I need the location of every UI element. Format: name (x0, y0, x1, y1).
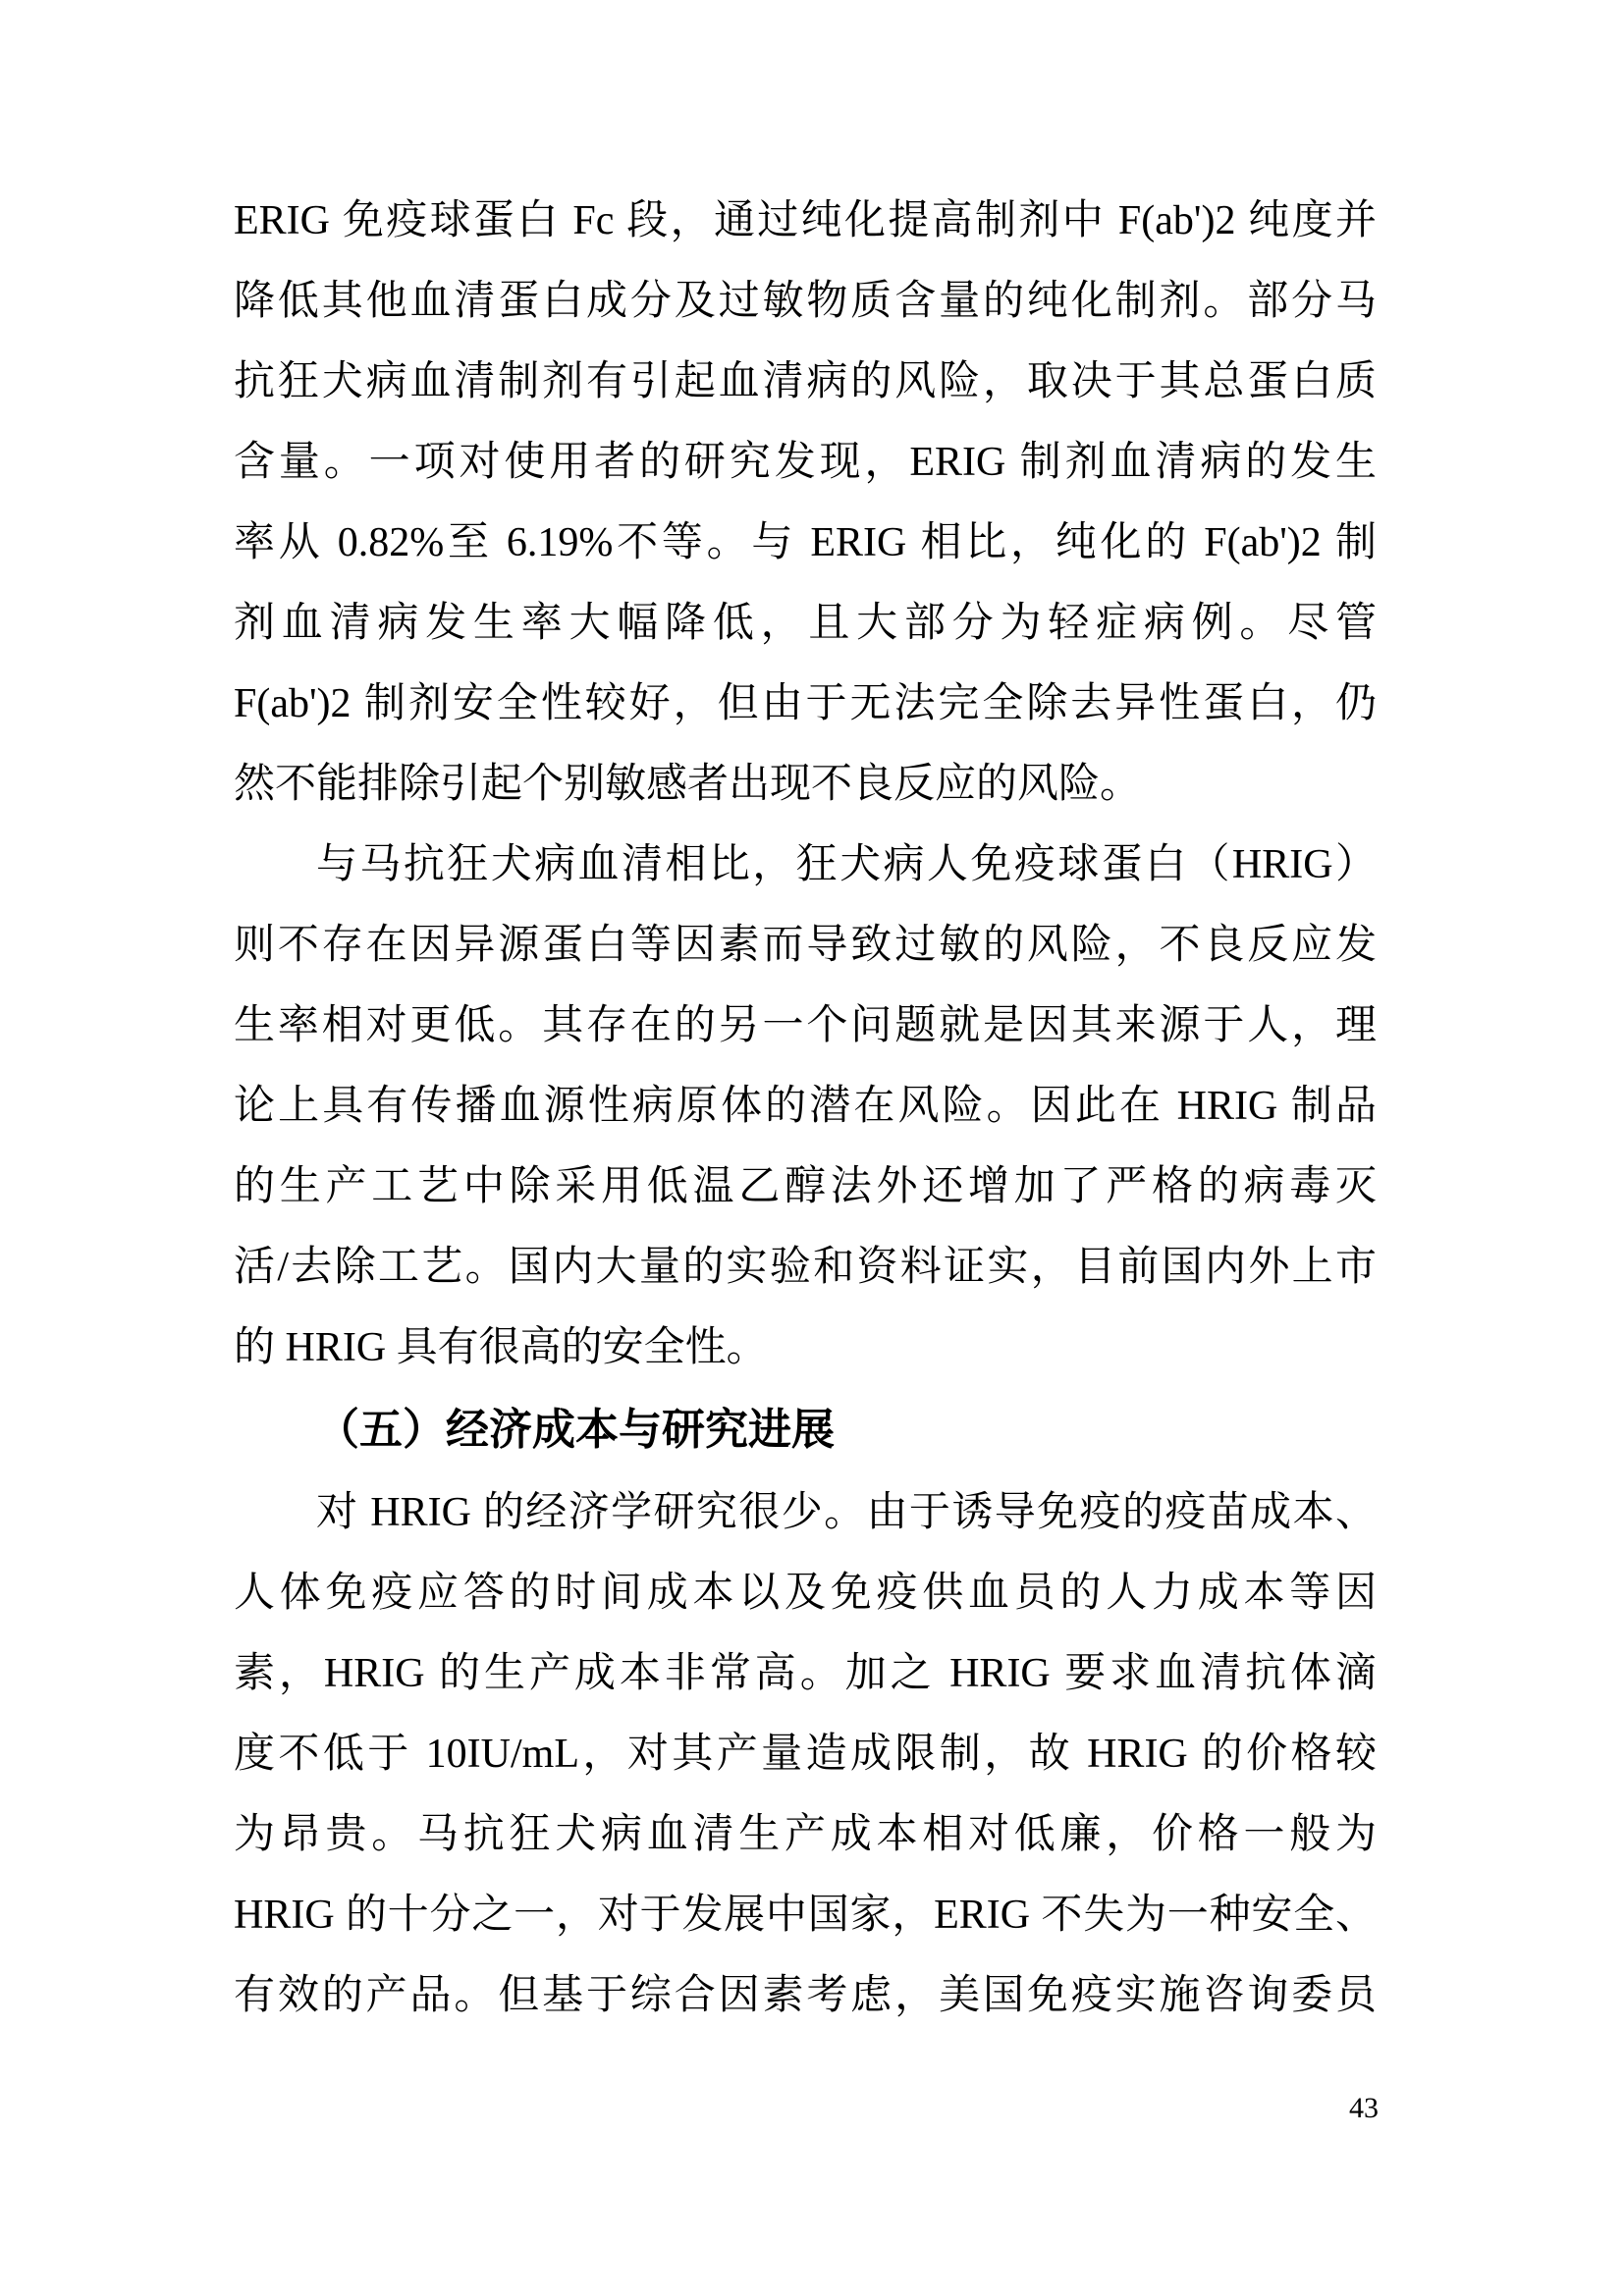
body-text-line: 与马抗狂犬病血清相比，狂犬病人免疫球蛋白（HRIG） (234, 825, 1377, 905)
body-text-line: 的 HRIG 具有很高的安全性。 (234, 1308, 1377, 1388)
body-text-line: 活/去除工艺。国内大量的实验和资料证实，目前国内外上市 (234, 1227, 1377, 1308)
section-heading: （五）经济成本与研究进展 (234, 1388, 1377, 1472)
body-text-line: 降低其他血清蛋白成分及过敏物质含量的纯化制剂。部分马 (234, 261, 1377, 342)
body-text-line: 人体免疫应答的时间成本以及免疫供血员的人力成本等因 (234, 1553, 1377, 1633)
body-text-line: 素，HRIG 的生产成本非常高。加之 HRIG 要求血清抗体滴 (234, 1633, 1377, 1714)
body-text-line: 度不低于 10IU/mL，对其产量造成限制，故 HRIG 的价格较 (234, 1714, 1377, 1794)
body-text-line: 有效的产品。但基于综合因素考虑，美国免疫实施咨询委员 (234, 1955, 1377, 2036)
document-page: ERIG 免疫球蛋白 Fc 段，通过纯化提高制剂中 F(ab')2 纯度并 降低… (0, 0, 1624, 2296)
body-text-line: 率从 0.82%至 6.19%不等。与 ERIG 相比，纯化的 F(ab')2 … (234, 503, 1377, 583)
body-text-line: 则不存在因异源蛋白等因素而导致过敏的风险，不良反应发 (234, 905, 1377, 986)
body-text-line: 然不能排除引起个别敏感者出现不良反应的风险。 (234, 744, 1377, 825)
body-text-line: 抗狂犬病血清制剂有引起血清病的风险，取决于其总蛋白质 (234, 342, 1377, 422)
body-text-line: 含量。一项对使用者的研究发现，ERIG 制剂血清病的发生 (234, 422, 1377, 503)
page-number: 43 (1349, 2089, 1379, 2128)
body-text-line: 论上具有传播血源性病原体的潜在风险。因此在 HRIG 制品 (234, 1066, 1377, 1147)
body-text-line: ERIG 免疫球蛋白 Fc 段，通过纯化提高制剂中 F(ab')2 纯度并 (234, 181, 1377, 261)
body-text-line: 为昂贵。马抗狂犬病血清生产成本相对低廉，价格一般为 (234, 1794, 1377, 1875)
body-text-line: 对 HRIG 的经济学研究很少。由于诱导免疫的疫苗成本、 (234, 1472, 1377, 1553)
body-text-line: 剂血清病发生率大幅降低，且大部分为轻症病例。尽管 (234, 583, 1377, 664)
body-text-line: F(ab')2 制剂安全性较好，但由于无法完全除去异性蛋白，仍 (234, 664, 1377, 744)
body-text-line: 生率相对更低。其存在的另一个问题就是因其来源于人，理 (234, 986, 1377, 1066)
text-block: ERIG 免疫球蛋白 Fc 段，通过纯化提高制剂中 F(ab')2 纯度并 降低… (234, 181, 1377, 2036)
body-text-line: HRIG 的十分之一，对于发展中国家，ERIG 不失为一种安全、 (234, 1875, 1377, 1955)
body-text-line: 的生产工艺中除采用低温乙醇法外还增加了严格的病毒灭 (234, 1147, 1377, 1227)
